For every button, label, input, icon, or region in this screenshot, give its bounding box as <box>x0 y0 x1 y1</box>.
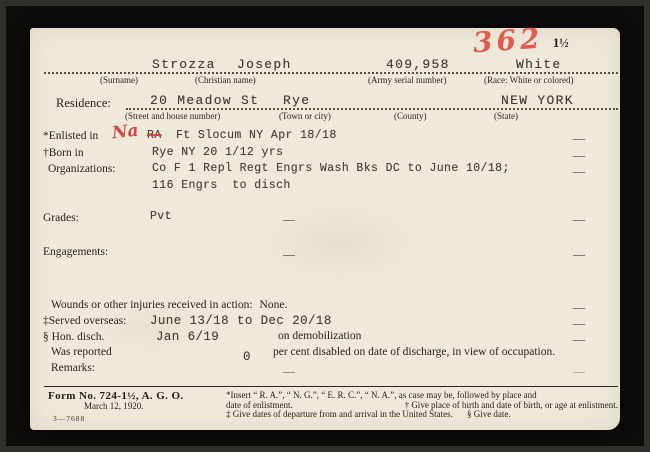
form-date: March 12, 1920. <box>84 401 144 411</box>
remarks-label: Remarks: <box>51 362 95 374</box>
organizations-value-line2: 116 Engrs to disch <box>152 179 291 192</box>
was-reported-label: Was reported <box>51 346 112 358</box>
percent-disabled-note: per cent disabled on date of discharge, … <box>273 346 555 358</box>
engagements-label: Engagements: <box>43 246 108 258</box>
scan-background: 362 1½ Strozza Joseph 409,958 White (Sur… <box>0 0 650 452</box>
wounds-line: Wounds or other injuries received in act… <box>51 299 287 311</box>
footer-note-line1: *Insert “ R. A.”, “ N. G.”, “ E. R. C.”,… <box>226 390 537 400</box>
enlisted-in-value: Ft Slocum NY Apr 18/18 <box>176 129 337 142</box>
army-serial-number-value: 409,958 <box>386 57 450 72</box>
street-label: (Street and house number) <box>125 111 220 121</box>
margin-dash: — <box>573 148 585 163</box>
surname-label: (Surname) <box>100 75 138 85</box>
street-value: 20 Meadow St <box>150 93 259 108</box>
race-value: White <box>516 57 562 72</box>
served-overseas-value: June 13/18 to Dec 20/18 <box>150 314 332 328</box>
footer-note-line2: date of enlistment. † Give place of birt… <box>226 400 618 410</box>
county-label: (County) <box>394 111 427 121</box>
footer-note-line3: ‡ Give dates of departure from and arriv… <box>226 409 511 419</box>
state-value: NEW YORK <box>501 93 574 108</box>
army-serial-number-label: (Army serial number) <box>368 75 446 85</box>
footer-note-line3a: ‡ Give dates of departure from and arriv… <box>226 409 453 419</box>
christian-name-label: (Christian name) <box>195 75 256 85</box>
honorable-discharge-date: Jan 6/19 <box>156 330 219 344</box>
born-in-value: Rye NY 20 1/12 yrs <box>152 146 283 159</box>
margin-dash: — <box>573 131 585 146</box>
demobilization-note: on demobilization <box>278 330 361 342</box>
wounds-label-text: Wounds or other injuries received in act… <box>51 299 253 311</box>
residence-label: Residence: <box>56 96 111 111</box>
honorable-discharge-label: § Hon. disch. <box>43 331 104 343</box>
form-scale-label: 1½ <box>553 36 569 51</box>
footer-note-line2a: date of enlistment. <box>226 400 293 410</box>
margin-dash: — <box>573 164 585 179</box>
footer-divider-line <box>44 386 618 387</box>
served-overseas-label: ‡Served overseas: <box>43 315 126 327</box>
town-value: Rye <box>283 93 310 108</box>
print-code: 3—7688 <box>53 414 85 423</box>
grades-value: Pvt <box>150 210 172 223</box>
margin-dash: — <box>573 332 585 347</box>
mid-dash: — <box>283 212 295 227</box>
surname-value: Strozza <box>152 57 216 72</box>
struck-out-ra: RA <box>147 129 162 142</box>
christian-name-value: Joseph <box>237 57 292 72</box>
margin-dash: — <box>573 300 585 315</box>
grades-label: Grades: <box>43 212 79 224</box>
service-record-card: 362 1½ Strozza Joseph 409,958 White (Sur… <box>30 28 620 430</box>
born-in-label: †Born in <box>43 147 84 159</box>
footer-note-line2b: † Give place of birth and date of birth,… <box>405 400 618 410</box>
margin-dash: — <box>573 364 585 379</box>
mid-dash: — <box>283 364 295 379</box>
organizations-label: Organizations: <box>48 163 116 175</box>
mid-dash: — <box>283 247 295 262</box>
organizations-value-line1: Co F 1 Repl Regt Engrs Wash Bks DC to Ju… <box>152 162 510 175</box>
margin-dash: — <box>573 316 585 331</box>
margin-dash: — <box>573 212 585 227</box>
town-label: (Town or city) <box>279 111 331 121</box>
handwritten-na-correction: Na <box>111 121 140 144</box>
percent-disabled-value: 0 <box>243 350 251 364</box>
margin-dash: — <box>573 247 585 262</box>
wounds-value: None. <box>260 299 288 311</box>
enlisted-in-label: *Enlisted in <box>43 130 98 142</box>
state-label: (State) <box>494 111 518 121</box>
footer-note-line3b: § Give date. <box>467 409 511 419</box>
race-label: (Race: White or colored) <box>484 75 574 85</box>
